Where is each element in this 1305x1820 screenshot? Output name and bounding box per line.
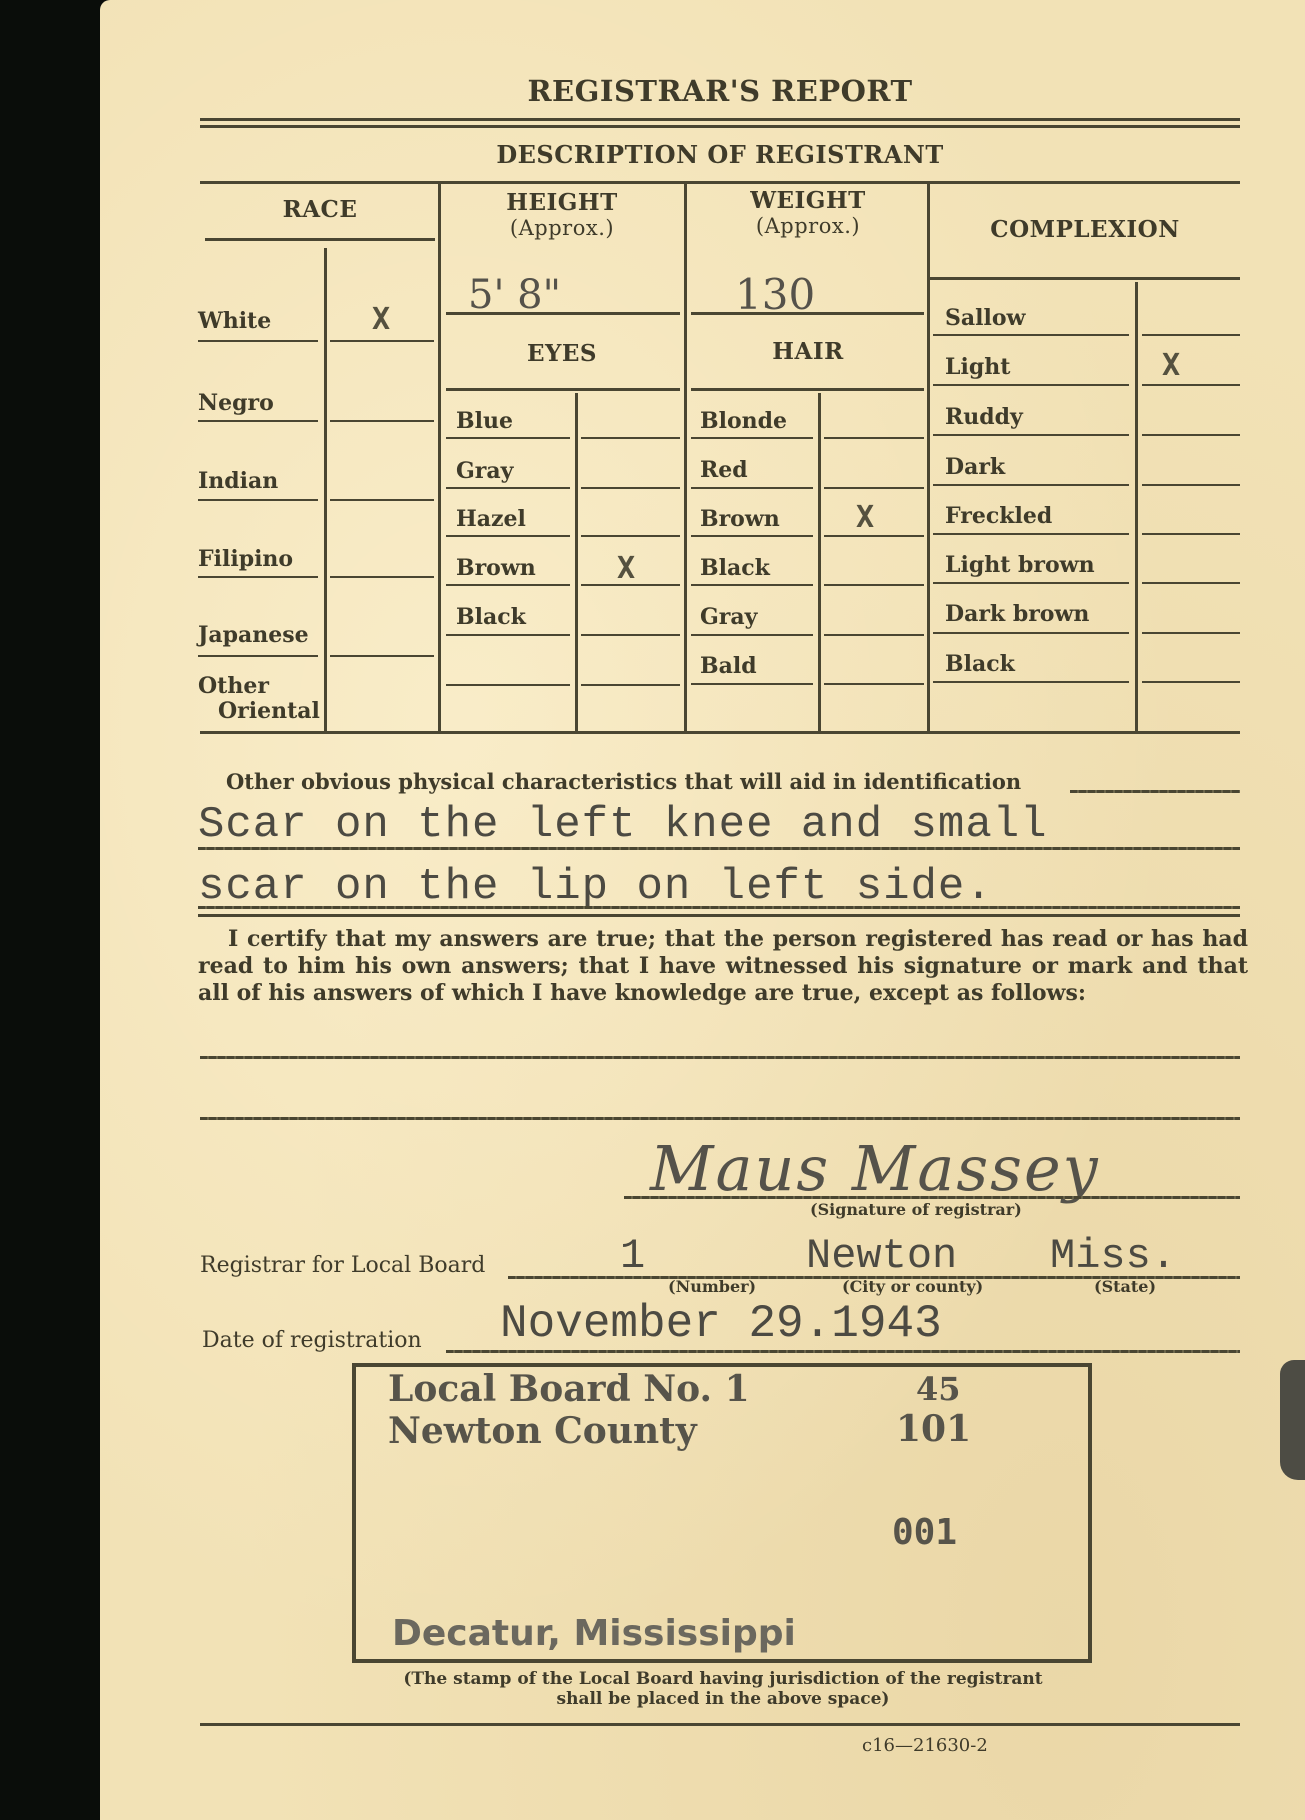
signature-line bbox=[624, 1196, 1240, 1199]
weight-header: WEIGHT (Approx.) bbox=[688, 188, 928, 238]
complexion-row-rule bbox=[933, 434, 1129, 436]
title-rule-2 bbox=[200, 125, 1240, 128]
race-mark-rule bbox=[330, 499, 434, 501]
registration-date-value[interactable]: November 29.1943 bbox=[500, 1298, 942, 1350]
weight-approx: (Approx.) bbox=[688, 214, 928, 238]
section-rule bbox=[200, 181, 1240, 184]
complexion-mark-rule bbox=[1142, 533, 1240, 535]
hair-row-rule bbox=[691, 584, 813, 586]
characteristics-prompt-line bbox=[1070, 790, 1240, 793]
eyes-mark-rule bbox=[581, 437, 680, 439]
form-number: c16—21630-2 bbox=[862, 1735, 988, 1756]
eyes-header: EYES bbox=[442, 340, 682, 367]
registrar-signature[interactable]: Maus Massey bbox=[650, 1132, 1100, 1205]
race-mark-rule bbox=[330, 576, 434, 578]
race-option-negro: Negro bbox=[198, 390, 274, 416]
hair-mark-rule bbox=[824, 535, 924, 537]
signature-caption: (Signature of registrar) bbox=[810, 1200, 1022, 1219]
race-option-filipino: Filipino bbox=[198, 546, 293, 572]
stamp-location: Decatur, Mississippi bbox=[392, 1613, 796, 1654]
race-option-indian: Indian bbox=[198, 468, 278, 494]
stamp-caption-1: (The stamp of the Local Board having jur… bbox=[350, 1669, 1096, 1689]
race-header-rule bbox=[205, 238, 435, 241]
height-value-rule bbox=[446, 312, 680, 315]
registration-date-label: Date of registration bbox=[202, 1328, 422, 1353]
eyes-mark-rule bbox=[581, 684, 680, 686]
complexion-mark-rule bbox=[1142, 334, 1240, 336]
complexion-mark-rule bbox=[1142, 582, 1240, 584]
hair-header-rule bbox=[691, 388, 924, 391]
stamp-caption-2: shall be placed in the above space) bbox=[350, 1689, 1096, 1709]
eyes-mark-rule bbox=[581, 634, 680, 636]
report-title: REGISTRAR'S REPORT bbox=[200, 74, 1240, 108]
complexion-option-ruddy: Ruddy bbox=[945, 404, 1023, 430]
hair-mark-rule bbox=[824, 634, 924, 636]
hair-option-gray: Gray bbox=[700, 604, 757, 630]
race-mark-white[interactable]: X bbox=[372, 302, 390, 337]
table-bottom-rule bbox=[200, 731, 1240, 734]
weight-value-rule bbox=[691, 312, 924, 315]
edge-ink-blot bbox=[1280, 1360, 1305, 1480]
local-board-label: Registrar for Local Board bbox=[200, 1253, 485, 1278]
hair-mark-rule bbox=[824, 437, 924, 439]
eyes-mark-rule bbox=[581, 535, 680, 537]
local-board-city[interactable]: Newton bbox=[806, 1232, 957, 1280]
complexion-row-rule bbox=[933, 334, 1129, 336]
hair-inner-divider bbox=[818, 393, 821, 732]
eyes-row-rule bbox=[446, 584, 570, 586]
local-board-number-caption: (Number) bbox=[668, 1277, 756, 1296]
race-mark-rule bbox=[330, 340, 434, 342]
table-divider-race-height bbox=[438, 183, 441, 732]
table-divider-height-weight bbox=[684, 183, 687, 732]
hair-mark-brown[interactable]: X bbox=[856, 500, 874, 535]
height-approx: (Approx.) bbox=[442, 216, 682, 240]
complexion-header-rule bbox=[930, 277, 1240, 280]
complexion-row-rule bbox=[933, 484, 1129, 486]
exceptions-line-2[interactable] bbox=[200, 1117, 1240, 1120]
weight-label: WEIGHT bbox=[750, 187, 866, 214]
complexion-mark-light[interactable]: X bbox=[1162, 348, 1180, 383]
hair-mark-rule bbox=[824, 584, 924, 586]
exceptions-line-1[interactable] bbox=[200, 1056, 1240, 1059]
eyes-option-hazel: Hazel bbox=[456, 506, 526, 532]
complexion-mark-rule bbox=[1142, 384, 1240, 386]
eyes-header-rule bbox=[446, 388, 680, 391]
complexion-row-rule bbox=[933, 632, 1129, 634]
complexion-row-rule bbox=[933, 681, 1129, 683]
eyes-row-rule bbox=[446, 634, 570, 636]
registration-date-line bbox=[446, 1350, 1240, 1353]
eyes-option-brown: Brown bbox=[456, 555, 536, 581]
hair-option-black: Black bbox=[700, 555, 770, 581]
eyes-row-rule bbox=[446, 487, 570, 489]
complexion-row-rule bbox=[933, 384, 1129, 386]
hair-row-rule bbox=[691, 535, 813, 537]
stamp-line-2: Newton County bbox=[388, 1410, 697, 1452]
eyes-option-blue: Blue bbox=[456, 408, 513, 434]
eyes-option-gray: Gray bbox=[456, 458, 513, 484]
eyes-option-black: Black bbox=[456, 604, 526, 630]
complexion-option-light: Light bbox=[945, 354, 1010, 380]
characteristics-line-1[interactable]: Scar on the left knee and small bbox=[198, 800, 1048, 850]
complexion-option-freckled: Freckled bbox=[945, 503, 1052, 529]
eyes-mark-rule bbox=[581, 487, 680, 489]
race-mark-rule bbox=[330, 420, 434, 422]
race-row-rule bbox=[198, 655, 318, 657]
race-row-rule bbox=[198, 420, 318, 422]
race-option-japanese: Japanese bbox=[198, 622, 309, 648]
complexion-mark-rule bbox=[1142, 434, 1240, 436]
hair-mark-rule bbox=[824, 487, 924, 489]
characteristics-rule-3 bbox=[198, 914, 1240, 917]
characteristics-line-2[interactable]: scar on the lip on left side. bbox=[198, 862, 993, 912]
height-label: HEIGHT bbox=[506, 189, 618, 216]
race-row-rule bbox=[198, 576, 318, 578]
complexion-inner-divider bbox=[1135, 282, 1138, 732]
stamp-number-45: 45 bbox=[916, 1370, 961, 1408]
eyes-row-rule bbox=[446, 437, 570, 439]
race-option-other-oriental: Other Oriental bbox=[198, 674, 320, 724]
certification-text: I certify that my answers are true; that… bbox=[198, 926, 1248, 1007]
eyes-mark-rule bbox=[581, 584, 680, 586]
complexion-option-dark: Dark bbox=[945, 454, 1005, 480]
eyes-inner-divider bbox=[575, 393, 578, 732]
local-board-city-caption: (City or county) bbox=[842, 1277, 983, 1296]
hair-option-brown: Brown bbox=[700, 506, 780, 532]
characteristics-rule-2 bbox=[198, 906, 1240, 909]
complexion-option-dark-brown: Dark brown bbox=[945, 601, 1089, 627]
hair-row-rule bbox=[691, 487, 813, 489]
complexion-row-rule bbox=[933, 533, 1129, 535]
complexion-row-rule bbox=[933, 582, 1129, 584]
height-header: HEIGHT (Approx.) bbox=[442, 190, 682, 240]
hair-option-bald: Bald bbox=[700, 653, 757, 679]
race-inner-divider bbox=[324, 248, 327, 732]
eyes-row-rule bbox=[446, 684, 570, 686]
hair-header: HAIR bbox=[688, 338, 928, 365]
table-divider-weight-complexion bbox=[927, 183, 930, 732]
characteristics-rule-1 bbox=[198, 847, 1240, 850]
race-option-other-line1: Other bbox=[198, 674, 320, 699]
hair-row-rule bbox=[691, 634, 813, 636]
hair-option-blonde: Blonde bbox=[700, 408, 787, 434]
race-option-white: White bbox=[198, 308, 271, 334]
race-row-rule bbox=[198, 340, 318, 342]
complexion-mark-rule bbox=[1142, 681, 1240, 683]
stamp-line-1: Local Board No. 1 bbox=[388, 1368, 750, 1410]
complexion-mark-rule bbox=[1142, 632, 1240, 634]
race-row-rule bbox=[198, 499, 318, 501]
local-board-state[interactable]: Miss. bbox=[1050, 1232, 1176, 1280]
local-board-number[interactable]: 1 bbox=[620, 1232, 645, 1280]
complexion-option-sallow: Sallow bbox=[945, 305, 1025, 331]
hair-mark-rule bbox=[824, 683, 924, 685]
characteristics-prompt: Other obvious physical characteristics t… bbox=[226, 768, 1021, 795]
race-mark-rule bbox=[330, 655, 434, 657]
hair-row-rule bbox=[691, 683, 813, 685]
title-rule-1 bbox=[200, 118, 1240, 121]
local-board-state-caption: (State) bbox=[1094, 1277, 1156, 1296]
section-title: DESCRIPTION OF REGISTRANT bbox=[200, 140, 1240, 169]
complexion-mark-rule bbox=[1142, 484, 1240, 486]
race-header: RACE bbox=[205, 196, 435, 223]
hair-row-rule bbox=[691, 437, 813, 439]
complexion-option-black: Black bbox=[945, 651, 1015, 677]
race-option-other-line2: Oriental bbox=[198, 699, 320, 724]
complexion-option-light-brown: Light brown bbox=[945, 552, 1095, 578]
stamp-number-001: 001 bbox=[892, 1512, 957, 1553]
footer-rule bbox=[200, 1723, 1240, 1726]
complexion-header: COMPLEXION bbox=[930, 216, 1240, 243]
stamp-number-101: 101 bbox=[896, 1408, 971, 1450]
eyes-mark-brown[interactable]: X bbox=[617, 551, 635, 586]
hair-option-red: Red bbox=[700, 457, 748, 483]
eyes-row-rule bbox=[446, 535, 570, 537]
